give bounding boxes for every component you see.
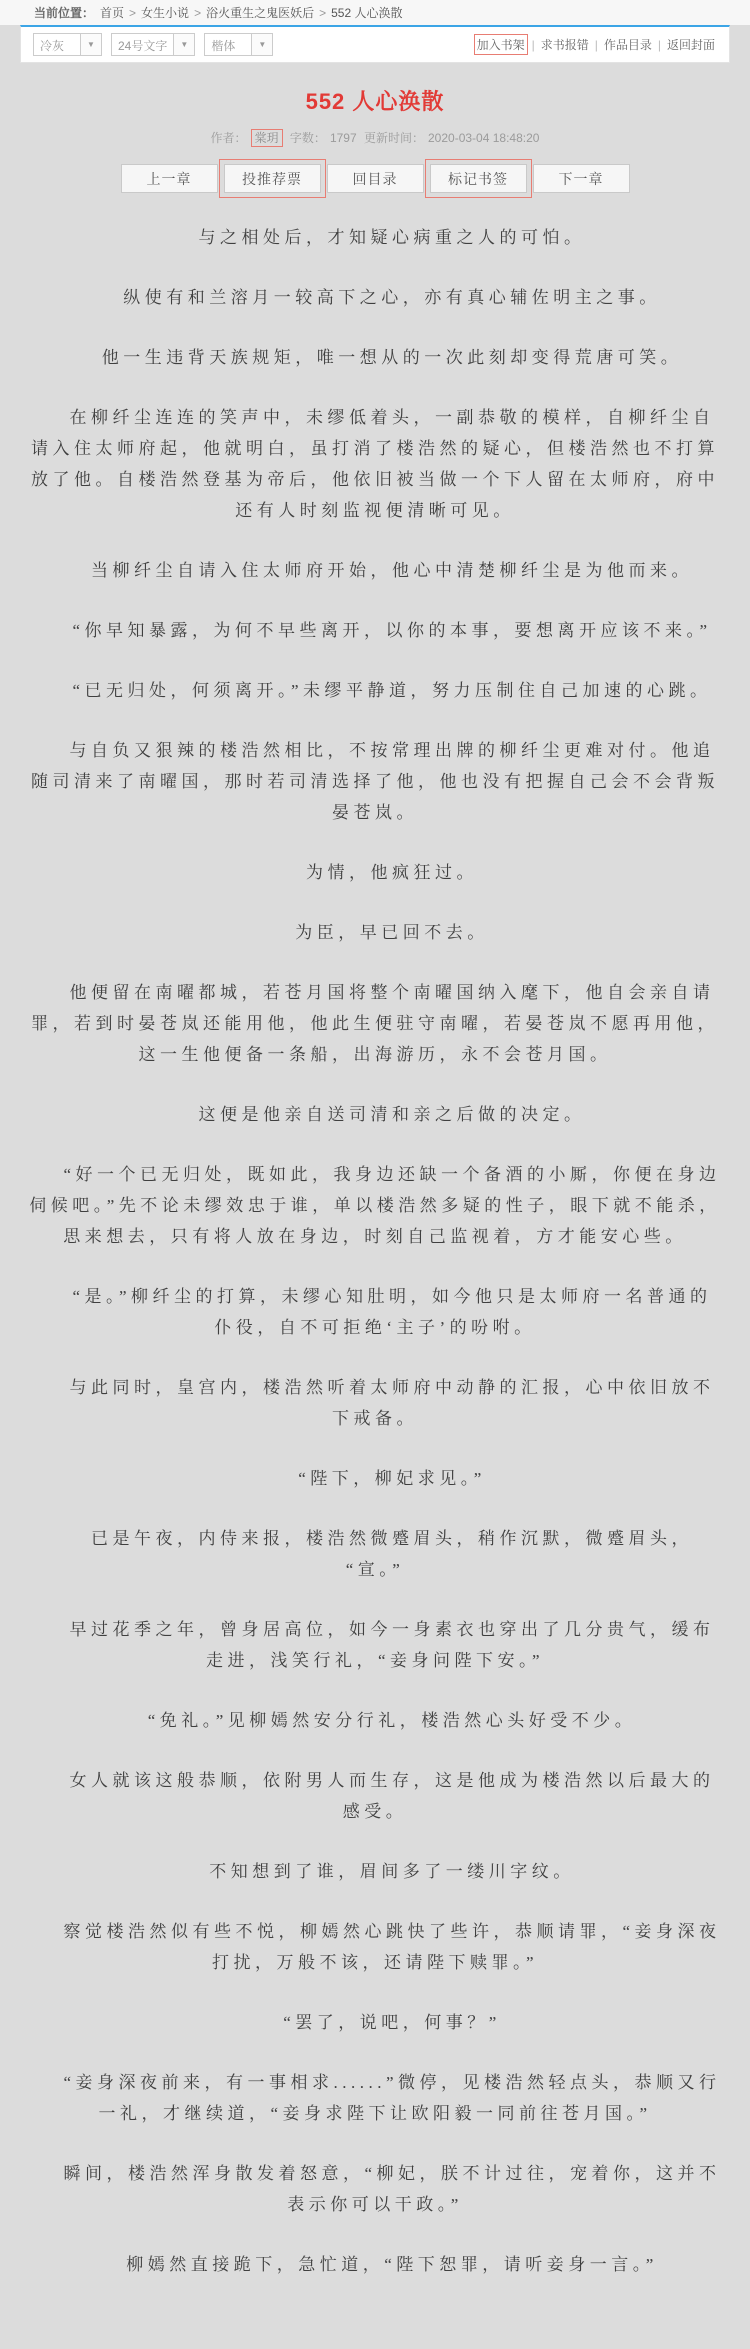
reader-settings: 冷灰▼24号文字▼楷体▼ [33, 33, 273, 56]
chapter-nav-button-3[interactable]: 回目录 [327, 164, 424, 193]
breadcrumb-items: 首页>女生小说>浴火重生之鬼医妖后>552 人心涣散 [100, 4, 402, 21]
paragraph: 他一生违背天族规矩，唯一想从的一次此刻却变得荒唐可笑。 [28, 342, 722, 373]
paragraph: 在柳纤尘连连的笑声中，未缪低着头，一副恭敬的模样，自柳纤尘自请入住太师府起，他就… [28, 402, 722, 526]
breadcrumb-item-3[interactable]: 浴火重生之鬼医妖后 [206, 6, 314, 20]
chevron-down-icon: ▼ [80, 34, 101, 55]
font-family-select-value: 楷体 [205, 34, 251, 55]
toolbar-link-separator: | [595, 38, 598, 52]
paragraph: 不知想到了谁，眉间多了一缕川字纹。 [28, 1856, 722, 1887]
paragraph: 当柳纤尘自请入住太师府开始，他心中清楚柳纤尘是为他而来。 [28, 555, 722, 586]
breadcrumb-separator: > [319, 6, 326, 20]
paragraph: “已无归处，何须离开。”未缪平静道，努力压制住自己加速的心跳。 [28, 675, 722, 706]
paragraph: “好一个已无归处，既如此，我身边还缺一个备酒的小厮，你便在身边伺候吧。”先不论未… [28, 1159, 722, 1252]
theme-select-value: 冷灰 [34, 34, 80, 55]
paragraph: 女人就该这般恭顺，依附男人而生存，这是他成为楼浩然以后最大的感受。 [28, 1765, 722, 1827]
paragraph: 与自负又狠辣的楼浩然相比，不按常理出牌的柳纤尘更难对付。他追随司清来了南曜国，那… [28, 735, 722, 828]
paragraph: 这便是他亲自送司清和亲之后做的决定。 [28, 1099, 722, 1130]
paragraph: 为臣，早已回不去。 [28, 917, 722, 948]
paragraph: “妾身深夜前来，有一事相求......”微停，见楼浩然轻点头，恭顺又行一礼，才继… [28, 2067, 722, 2129]
toolbar-link-separator: | [658, 38, 661, 52]
paragraph: “你早知暴露，为何不早些离开，以你的本事，要想离开应该不来。” [28, 615, 722, 646]
toolbar-links: 加入书架|求书报错|作品目录|返回封面 [474, 34, 717, 55]
breadcrumb-item-4: 552 人心涣散 [331, 6, 402, 20]
updated-label: 更新时间： [364, 131, 424, 145]
breadcrumb-separator: > [129, 6, 136, 20]
breadcrumb: 当前位置： 首页>女生小说>浴火重生之鬼医妖后>552 人心涣散 [0, 0, 750, 25]
toolbar-link-1[interactable]: 加入书架 [474, 34, 528, 55]
breadcrumb-label: 当前位置： [34, 4, 94, 21]
paragraph: “是。”柳纤尘的打算，未缪心知肚明，如今他只是太师府一名普通的仆役，自不可拒绝‘… [28, 1281, 722, 1343]
font-size-select-value: 24号文字 [112, 34, 173, 55]
paragraph: 瞬间，楼浩然浑身散发着怒意，“柳妃，朕不计过往，宠着你，这并不表示你可以干政。” [28, 2158, 722, 2220]
paragraph: 已是午夜，内侍来报，楼浩然微蹙眉头，稍作沉默，微蹙眉头，“宣。” [28, 1523, 722, 1585]
font-family-select[interactable]: 楷体▼ [204, 33, 273, 56]
toolbar-link-3[interactable]: 作品目录 [602, 35, 654, 54]
word-count: 1797 [330, 131, 357, 145]
paragraph: 柳嫣然直接跪下，急忙道，“陛下恕罪，请听妾身一言。” [28, 2249, 722, 2280]
reader-toolbar: 冷灰▼24号文字▼楷体▼ 加入书架|求书报错|作品目录|返回封面 [20, 25, 730, 63]
paragraph: 他便留在南曜都城，若苍月国将整个南曜国纳入麾下，他自会亲自请罪，若到时晏苍岚还能… [28, 977, 722, 1070]
paragraph: “罢了，说吧，何事？” [28, 2007, 722, 2038]
breadcrumb-item-1[interactable]: 首页 [100, 6, 124, 20]
font-size-select[interactable]: 24号文字▼ [111, 33, 195, 56]
chapter-nav-button-5[interactable]: 下一章 [533, 164, 630, 193]
chapter-nav-button-4[interactable]: 标记书签 [430, 164, 527, 193]
breadcrumb-item-2[interactable]: 女生小说 [141, 6, 189, 20]
toolbar-link-4[interactable]: 返回封面 [665, 35, 717, 54]
author-label: 作者： [211, 131, 247, 145]
paragraph: 纵使有和兰溶月一较高下之心，亦有真心辅佐明主之事。 [28, 282, 722, 313]
paragraph: 与此同时，皇宫内，楼浩然听着太师府中动静的汇报，心中依旧放不下戒备。 [28, 1372, 722, 1434]
toolbar-link-2[interactable]: 求书报错 [539, 35, 591, 54]
chapter-meta: 作者：棠玥 字数：1797 更新时间：2020-03-04 18:48:20 [28, 129, 722, 146]
paragraph: 为情，他疯狂过。 [28, 857, 722, 888]
paragraph: “免礼。”见柳嫣然安分行礼，楼浩然心头好受不少。 [28, 1705, 722, 1736]
chevron-down-icon: ▼ [173, 34, 194, 55]
chapter-nav-button-2[interactable]: 投推荐票 [224, 164, 321, 193]
chevron-down-icon: ▼ [251, 34, 272, 55]
paragraph: 察觉楼浩然似有些不悦，柳嫣然心跳快了些许，恭顺请罪，“妾身深夜打扰，万般不该，还… [28, 1916, 722, 1978]
updated-time: 2020-03-04 18:48:20 [428, 131, 539, 145]
paragraph: “陛下，柳妃求见。” [28, 1463, 722, 1494]
theme-select[interactable]: 冷灰▼ [33, 33, 102, 56]
chapter-title: 552 人心涣散 [28, 85, 722, 116]
chapter-nav-button-1[interactable]: 上一章 [121, 164, 218, 193]
word-count-label: 字数： [290, 131, 326, 145]
paragraph: 与之相处后，才知疑心病重之人的可怕。 [28, 222, 722, 253]
toolbar-link-separator: | [532, 38, 535, 52]
chapter-body: 与之相处后，才知疑心病重之人的可怕。纵使有和兰溶月一较高下之心，亦有真心辅佐明主… [28, 222, 722, 2280]
breadcrumb-separator: > [194, 6, 201, 20]
chapter-nav: 上一章投推荐票回目录标记书签下一章 [28, 164, 722, 193]
paragraph: 早过花季之年，曾身居高位，如今一身素衣也穿出了几分贵气，缓布走进，浅笑行礼，“妾… [28, 1614, 722, 1676]
author-name[interactable]: 棠玥 [251, 129, 283, 147]
reading-area: 552 人心涣散 作者：棠玥 字数：1797 更新时间：2020-03-04 1… [0, 63, 750, 2349]
